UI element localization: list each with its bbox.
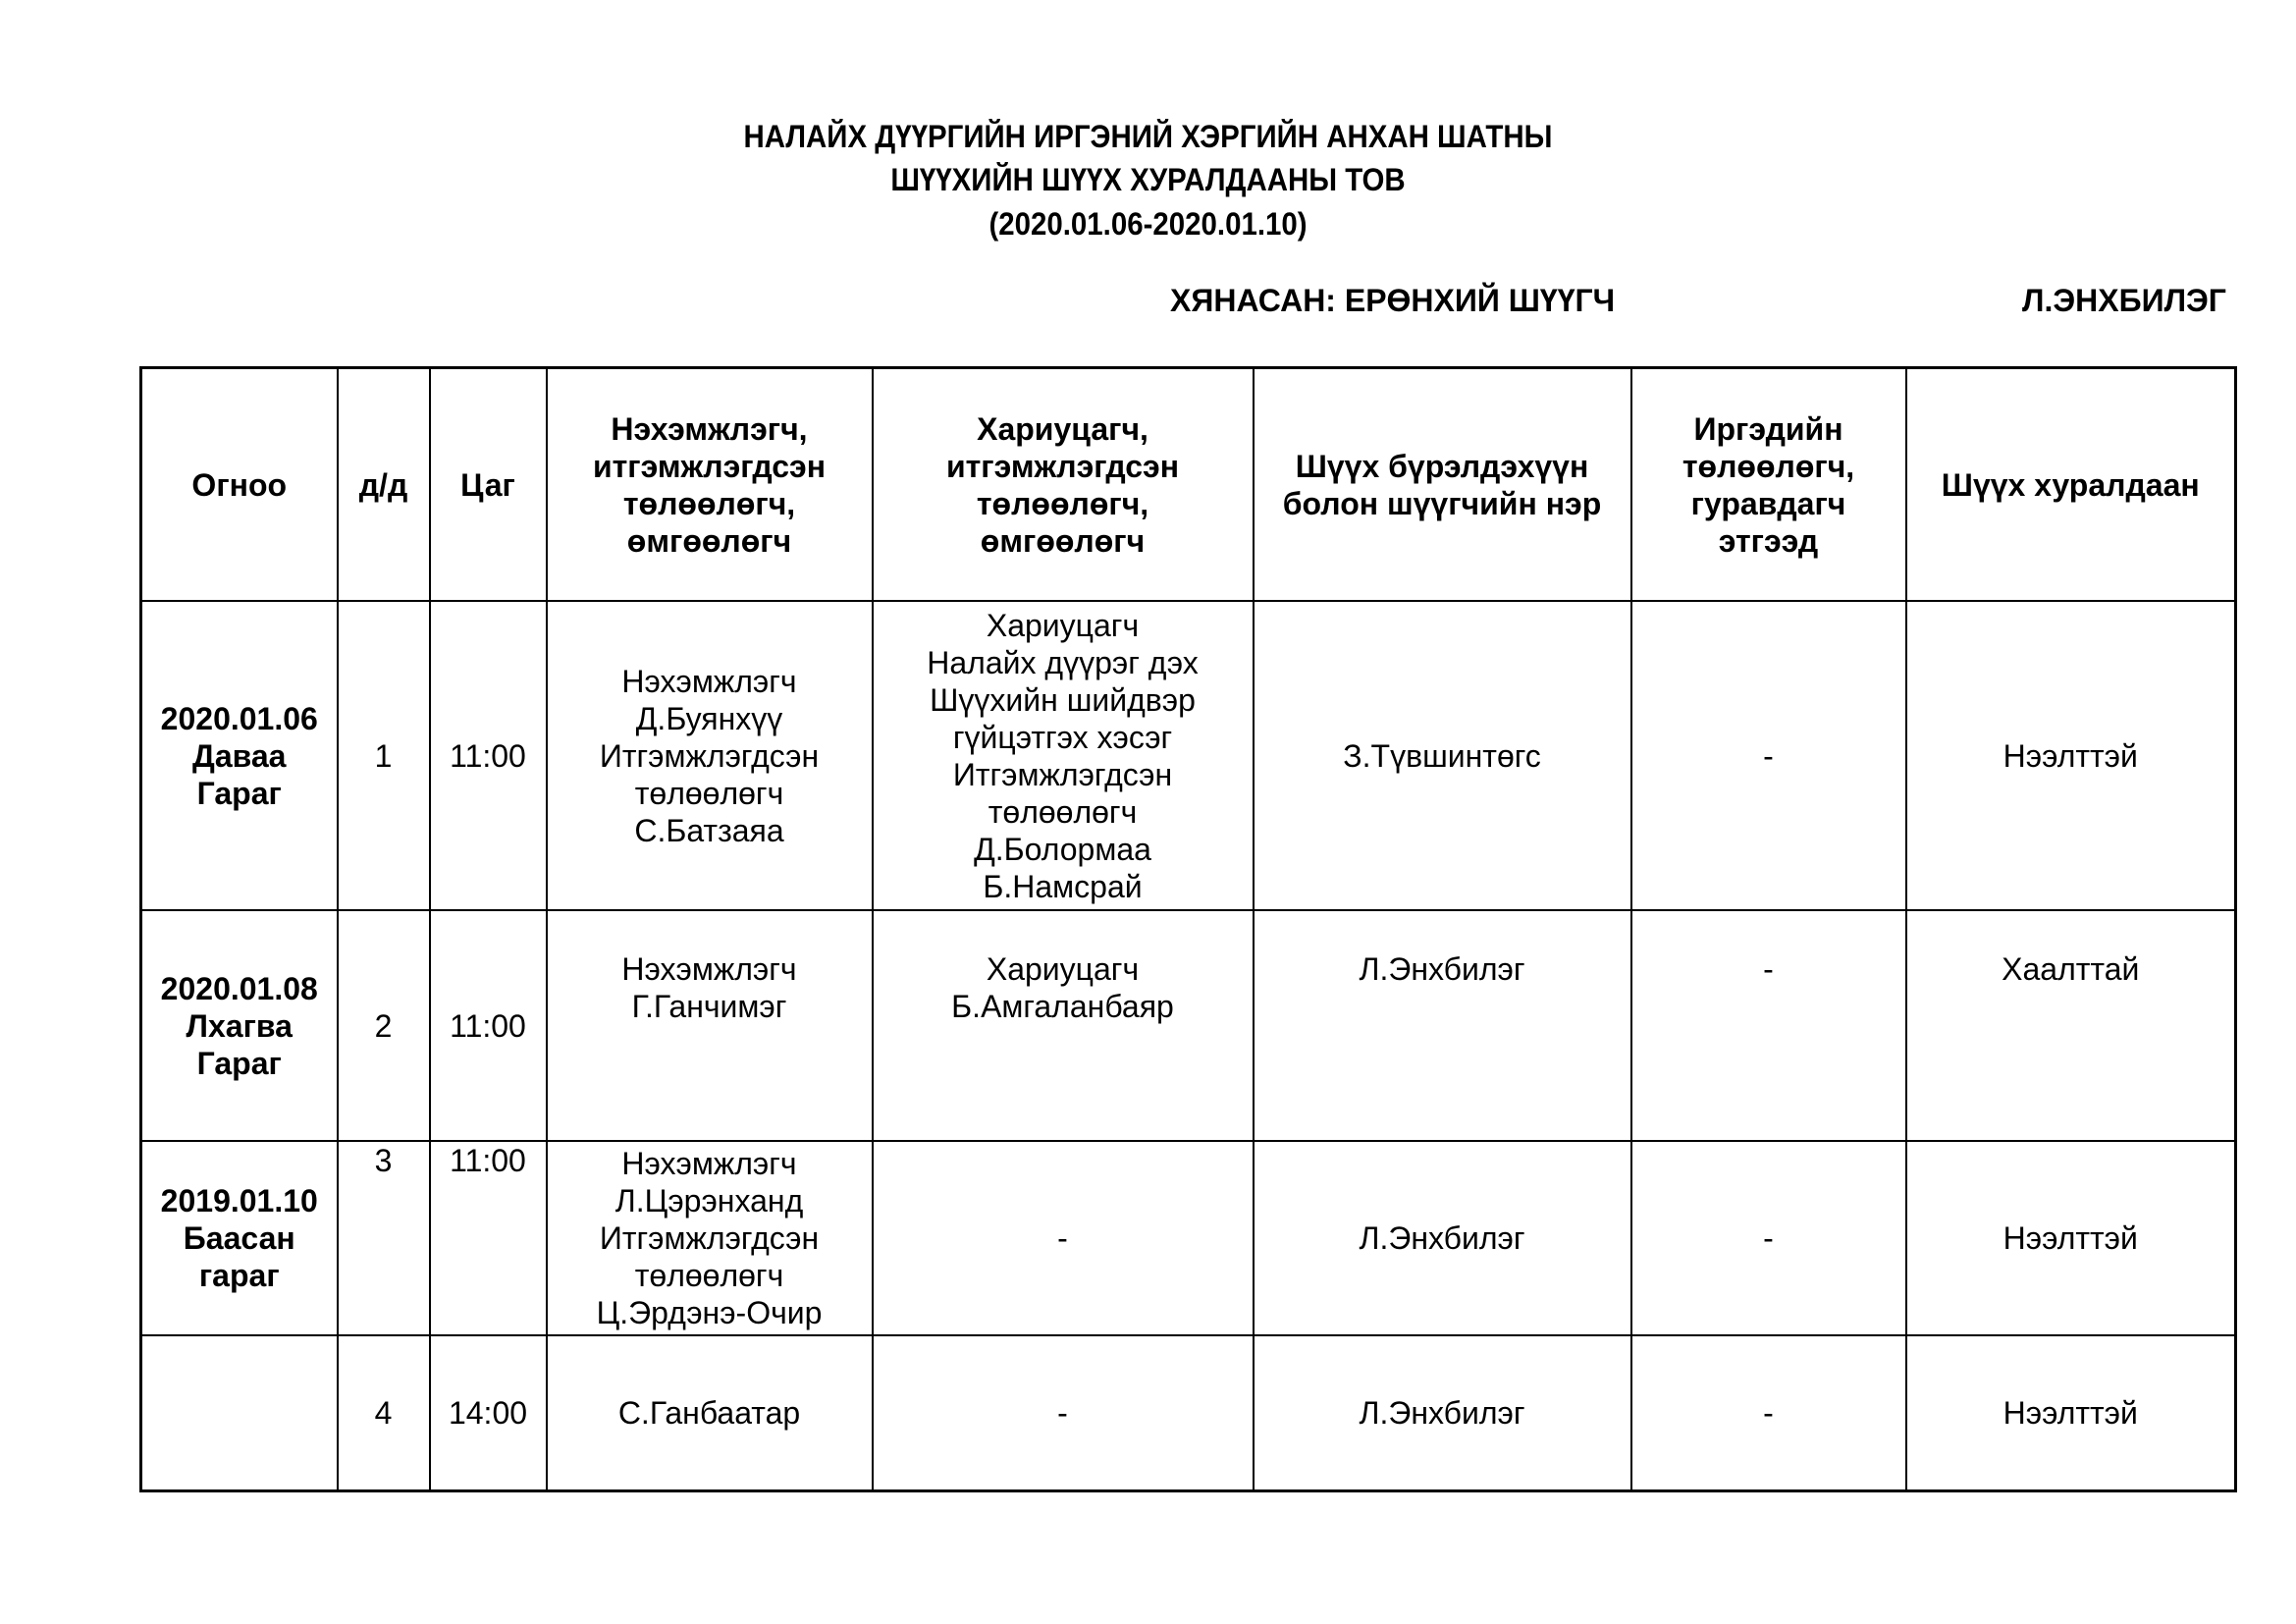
defendant-line: -: [880, 1219, 1247, 1257]
defendant-line: Хариуцагч: [880, 950, 1247, 988]
plaintiff: НэхэмжлэгчГ.Ганчимэг: [547, 910, 873, 1141]
plaintiff: С.Ганбаатар: [547, 1335, 873, 1491]
column-header-number: д/д: [338, 368, 430, 602]
session-type: Нээлттэй: [1906, 1335, 2236, 1491]
judge-name: Л.Энхбилэг: [1254, 1335, 1631, 1491]
hearing-date: [141, 1335, 338, 1491]
defendant-line: төлөөлөгч: [880, 793, 1247, 831]
hearing-date: 2019.01.10Баасангараг: [141, 1141, 338, 1335]
plaintiff-line: С.Ганбаатар: [554, 1394, 866, 1432]
citizen-representative: -: [1631, 1335, 1906, 1491]
column-header-line: д/д: [345, 466, 423, 504]
plaintiff-line: Л.Цэрэнханд: [554, 1182, 866, 1219]
plaintiff-line: Нэхэмжлэгч: [554, 663, 866, 700]
column-header-line: Шүүх хуралдаан: [1913, 466, 2229, 504]
column-header-line: гуравдагч: [1638, 485, 1899, 522]
session-type: Хаалттай: [1906, 910, 2236, 1141]
column-header-defendant: Хариуцагч,итгэмжлэгдсэнтөлөөлөгч,өмгөөлө…: [873, 368, 1254, 602]
table-row: 2019.01.10Баасангараг311:00НэхэмжлэгчЛ.Ц…: [141, 1141, 2236, 1335]
defendant: -: [873, 1141, 1254, 1335]
column-header-line: төлөөлөгч,: [880, 485, 1247, 522]
column-header-judge: Шүүх бүрэлдэхүүнболон шүүгчийн нэр: [1254, 368, 1631, 602]
hearing-date-line: Гараг: [148, 775, 331, 812]
column-header-session: Шүүх хуралдаан: [1906, 368, 2236, 602]
plaintiff: НэхэмжлэгчД.БуянхүүИтгэмжлэгдсэнтөлөөлөг…: [547, 601, 873, 910]
hearing-date-line: Баасан: [148, 1219, 331, 1257]
column-header-line: Шүүх бүрэлдэхүүн: [1260, 448, 1625, 485]
defendant-line: Б.Намсрай: [880, 868, 1247, 905]
column-header-citizen-rep: Иргэдийнтөлөөлөгч,гуравдагчэтгээд: [1631, 368, 1906, 602]
table-body: 2020.01.06ДавааГараг111:00НэхэмжлэгчД.Бу…: [141, 601, 2236, 1491]
column-header-date: Огноо: [141, 368, 338, 602]
column-header-line: этгээд: [1638, 522, 1899, 560]
judge-name: Л.Энхбилэг: [1254, 910, 1631, 1141]
hearing-date-line: Гараг: [148, 1045, 331, 1082]
plaintiff-line: төлөөлөгч: [554, 1257, 866, 1294]
defendant: ХариуцагчБ.Амгаланбаяр: [873, 910, 1254, 1141]
hearing-time: 11:00: [430, 601, 547, 910]
hearing-date-line: 2020.01.08: [148, 970, 331, 1007]
plaintiff-line: Нэхэмжлэгч: [554, 1145, 866, 1182]
plaintiff-line: төлөөлөгч: [554, 775, 866, 812]
defendant-line: Итгэмжлэгдсэн: [880, 756, 1247, 793]
plaintiff-line: Д.Буянхүү: [554, 700, 866, 737]
defendant-line: Д.Болормаа: [880, 831, 1247, 868]
column-header-line: төлөөлөгч,: [554, 485, 866, 522]
plaintiff: НэхэмжлэгчЛ.ЦэрэнхандИтгэмжлэгдсэнтөлөөл…: [547, 1141, 873, 1335]
plaintiff-line: Ц.Эрдэнэ-Очир: [554, 1294, 866, 1331]
plaintiff-line: Итгэмжлэгдсэн: [554, 1219, 866, 1257]
defendant-line: Хариуцагч: [880, 607, 1247, 644]
citizen-representative: -: [1631, 601, 1906, 910]
defendant: ХариуцагчНалайх дүүрэг дэхШүүхийн шийдвэ…: [873, 601, 1254, 910]
plaintiff-line: Итгэмжлэгдсэн: [554, 737, 866, 775]
defendant-line: Шүүхийн шийдвэр: [880, 681, 1247, 719]
column-header-line: Хариуцагч,: [880, 410, 1247, 448]
citizen-representative: -: [1631, 910, 1906, 1141]
column-header-line: өмгөөлөгч: [554, 522, 866, 560]
hearing-date-line: 2019.01.10: [148, 1182, 331, 1219]
defendant-line: Налайх дүүрэг дэх: [880, 644, 1247, 681]
table-row: 2020.01.08ЛхагваГараг211:00НэхэмжлэгчГ.Г…: [141, 910, 2236, 1141]
hearing-time: 11:00: [430, 910, 547, 1141]
plaintiff-line: Нэхэмжлэгч: [554, 950, 866, 988]
column-header-line: Нэхэмжлэгч,: [554, 410, 866, 448]
hearing-time: 11:00: [430, 1141, 547, 1335]
document-title-line1: НАЛАЙХ ДҮҮРГИЙН ИРГЭНИЙ ХЭРГИЙН АНХАН ША…: [92, 115, 2205, 159]
plaintiff-line: Г.Ганчимэг: [554, 988, 866, 1025]
column-header-time: Цаг: [430, 368, 547, 602]
hearing-date-line: 2020.01.06: [148, 700, 331, 737]
hearing-date-line: гараг: [148, 1257, 331, 1294]
hearing-date-line: Лхагва: [148, 1007, 331, 1045]
plaintiff-line: С.Батзаяа: [554, 812, 866, 849]
reviewed-by-name: Л.ЭНХБИЛЭГ: [2022, 283, 2226, 319]
row-number: 3: [338, 1141, 430, 1335]
row-number: 4: [338, 1335, 430, 1491]
session-type: Нээлттэй: [1906, 601, 2236, 910]
column-header-line: болон шүүгчийн нэр: [1260, 485, 1625, 522]
column-header-plaintiff: Нэхэмжлэгч,итгэмжлэгдсэнтөлөөлөгч,өмгөөл…: [547, 368, 873, 602]
row-number: 1: [338, 601, 430, 910]
table-row: 2020.01.06ДавааГараг111:00НэхэмжлэгчД.Бу…: [141, 601, 2236, 910]
defendant-line: Б.Амгаланбаяр: [880, 988, 1247, 1025]
defendant: -: [873, 1335, 1254, 1491]
column-header-line: итгэмжлэгдсэн: [554, 448, 866, 485]
hearing-schedule-table: Огноод/дЦагНэхэмжлэгч,итгэмжлэгдсэнтөлөө…: [139, 366, 2237, 1492]
column-header-line: Иргэдийн: [1638, 410, 1899, 448]
column-header-line: Огноо: [148, 466, 331, 504]
hearing-time: 14:00: [430, 1335, 547, 1491]
column-header-line: итгэмжлэгдсэн: [880, 448, 1247, 485]
column-header-line: төлөөлөгч,: [1638, 448, 1899, 485]
judge-name: З.Түвшинтөгс: [1254, 601, 1631, 910]
column-header-line: Цаг: [437, 466, 540, 504]
reviewed-by-label: ХЯНАСАН: ЕРӨНХИЙ ШҮҮГЧ: [1170, 283, 1615, 319]
judge-name: Л.Энхбилэг: [1254, 1141, 1631, 1335]
document-date-range: (2020.01.06-2020.01.10): [92, 202, 2205, 246]
hearing-date: 2020.01.08ЛхагваГараг: [141, 910, 338, 1141]
hearing-date-line: Даваа: [148, 737, 331, 775]
citizen-representative: -: [1631, 1141, 1906, 1335]
table-row: 414:00С.Ганбаатар-Л.Энхбилэг-Нээлттэй: [141, 1335, 2236, 1491]
table-header-row: Огноод/дЦагНэхэмжлэгч,итгэмжлэгдсэнтөлөө…: [141, 368, 2236, 602]
row-number: 2: [338, 910, 430, 1141]
session-type: Нээлттэй: [1906, 1141, 2236, 1335]
document-title-line2: ШҮҮХИЙН ШҮҮХ ХУРАЛДААНЫ ТОВ: [92, 158, 2205, 202]
defendant-line: -: [880, 1394, 1247, 1432]
column-header-line: өмгөөлөгч: [880, 522, 1247, 560]
hearing-date: 2020.01.06ДавааГараг: [141, 601, 338, 910]
defendant-line: гүйцэтгэх хэсэг: [880, 719, 1247, 756]
